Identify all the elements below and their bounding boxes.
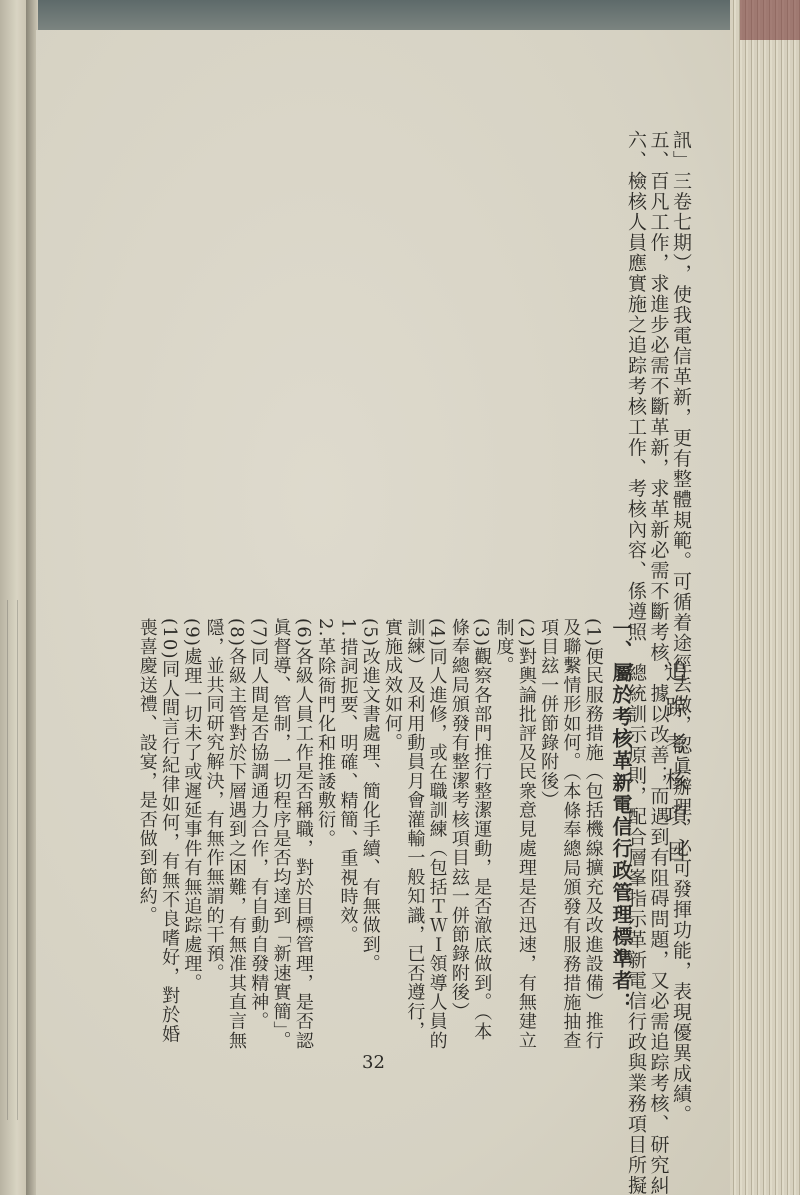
list-item: (1)便民服務措施（包括機線擴充及改進設備）推行及聯繫情形如何。（本條奉總局頒發… (537, 618, 604, 1058)
list-heading: 一、屬於考核革新電信行政管理標準者： (610, 618, 632, 1058)
list-subitem: 2.革除衙門化和推諉敷衍。 (314, 618, 336, 1058)
list-item: (6)各級人員工作是否稱職，對於目標管理，是否認眞督導、管制，一切程序是否均達到… (269, 618, 314, 1058)
body-text-block: 訊」三卷七期），使我電信革新，更有整體規範。可循着途徑去做，認眞辦理，必可發揮功… (625, 130, 693, 600)
page-number: 32 (362, 1052, 385, 1073)
list-item: (9)處理一切未了或遲延事件有無追踪處理。 (180, 618, 202, 1058)
book-cover-edge (740, 0, 800, 40)
list-item: (2)對輿論批評及民衆意見處理是否迅速，有無建立制度。 (492, 618, 537, 1058)
list-item: (10)同人間言行紀律如何，有無不良嗜好，對於婚喪喜慶送禮、設宴，是否做到節約。 (135, 618, 180, 1058)
facing-page-text-fragment (2, 600, 26, 1120)
page-stack-edge (730, 0, 800, 1195)
list-item: (5)改進文書處理、簡化手續、有無做到。 (358, 618, 380, 1058)
checklist-block: 一、屬於考核革新電信行政管理標準者： (1)便民服務措施（包括機線擴充及改進設備… (135, 618, 632, 1058)
list-item: (4)同人進修，或在職訓練（包括ＴＷＩ領導人員的訓練）及利用動員月會灌輸一般知識… (381, 618, 448, 1058)
section-title: 追踪考核項目 (659, 660, 690, 876)
paragraph-continuation: 訊」三卷七期），使我電信革新，更有整體規範。可循着途徑去做，認眞辦理，必可發揮功… (670, 130, 693, 600)
paragraph-five: 五、百凡工作，求進步必需不斷革新，求革新必需不斷考核，據以改善；而遇到有阻碍問題… (647, 130, 670, 600)
list-subitem: 1.措詞扼要、明確、精簡、重視時效。 (336, 618, 358, 1058)
paragraph-six: 六、檢核人員應實施之追踪考核工作、考核內容、係遵照 總統訓示原則，配合層峯指示革… (625, 130, 648, 600)
list-item: (8)各級主管對於下層遇到之困難，有無准其直言無隱，並共同研究解決，有無作無謂的… (202, 618, 247, 1058)
list-item: (7)同人間是否協調通力合作，有自動自發精神。 (247, 618, 269, 1058)
list-item: (3)觀察各部門推行整潔運動，是否澈底做到。（本條奉總局頒發有整潔考核項目玆一併… (448, 618, 493, 1058)
